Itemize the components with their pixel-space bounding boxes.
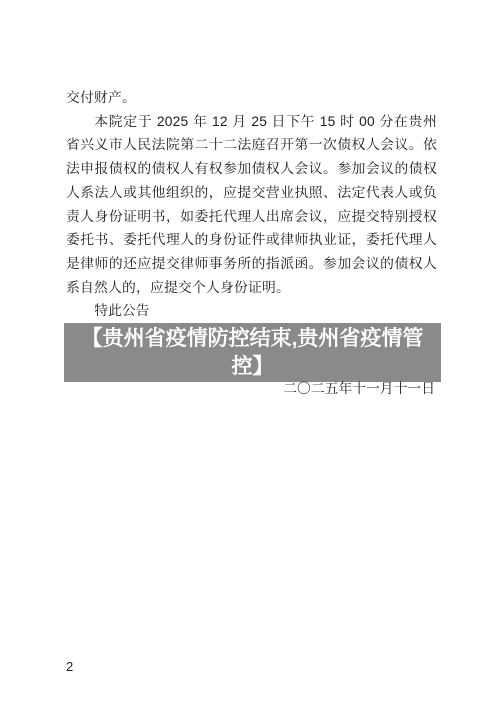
date-line: 二〇二五年十一月十一日 <box>66 379 437 398</box>
meeting-notice-paragraph: 本院定于 2025 年 12 月 25 日下午 15 时 00 分在贵州省兴义市… <box>66 110 437 300</box>
closing-line: 特此公告 <box>66 299 437 323</box>
paragraph-continuation: 交付财产。 <box>66 86 437 110</box>
page-number: 2 <box>66 659 73 675</box>
highlighted-title: 【贵州省疫情防控结束,贵州省疫情管控】 <box>64 323 441 382</box>
document-content: 交付财产。 本院定于 2025 年 12 月 25 日下午 15 时 00 分在… <box>66 86 437 398</box>
document-page: 交付财产。 本院定于 2025 年 12 月 25 日下午 15 时 00 分在… <box>0 0 500 707</box>
